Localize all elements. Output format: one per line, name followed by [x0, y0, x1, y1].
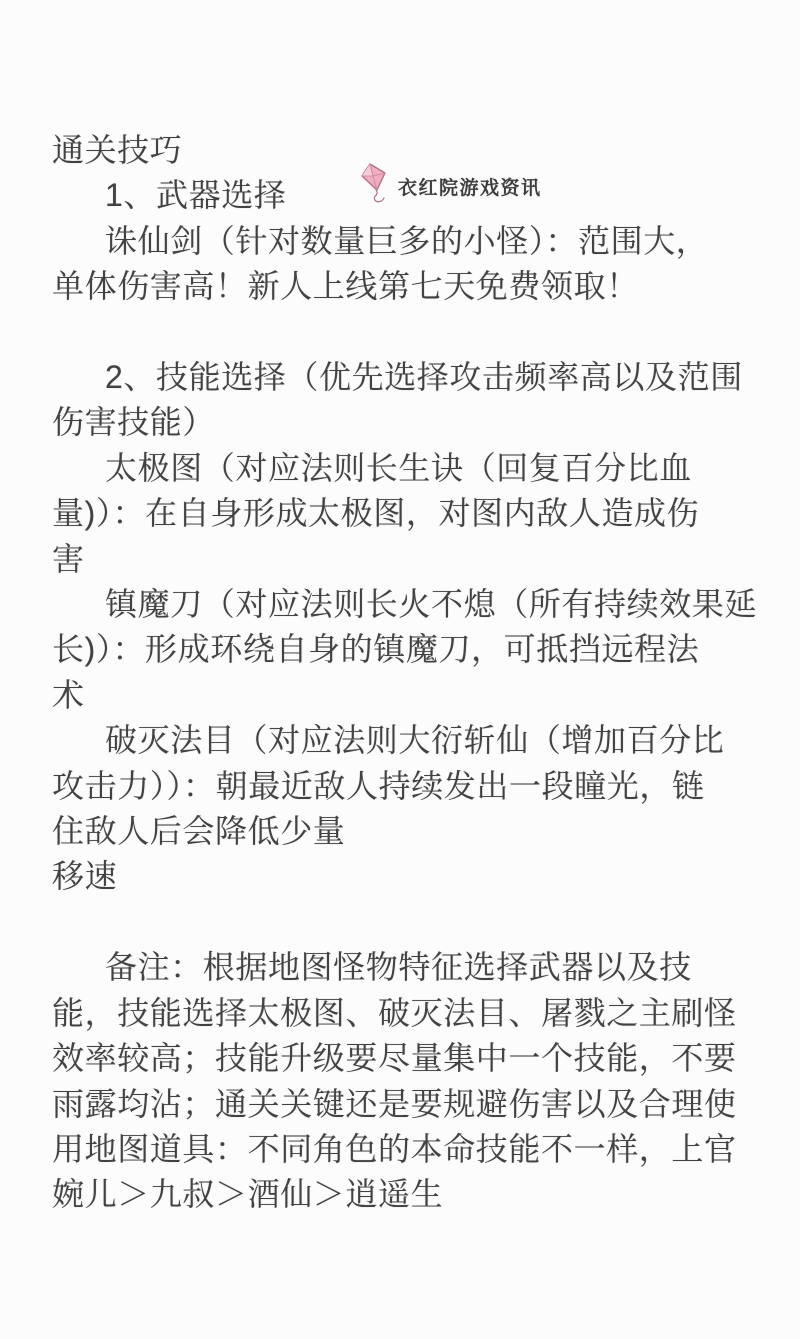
- text-line: 长)）：形成环绕自身的镇魔刀，可抵挡远程法: [52, 627, 768, 672]
- text-line: 破灭法目（对应法则大衍斩仙（增加百分比: [52, 718, 768, 763]
- text-line: [52, 310, 768, 355]
- text-line: 备注：根据地图怪物特征选择武器以及技: [52, 945, 768, 990]
- text-line: 镇魔刀（对应法则长火不熄（所有持续效果延: [52, 582, 768, 627]
- text-line: 2、技能选择（优先选择攻击频率高以及范围: [52, 355, 768, 400]
- text-line: 婉儿＞九叔＞酒仙＞逍遥生: [52, 1172, 768, 1217]
- text-line: 太极图（对应法则长生诀（回复百分比血: [52, 446, 768, 491]
- text-line: 害: [52, 537, 768, 582]
- text-line: 单体伤害高！新人上线第七天免费领取！: [52, 264, 768, 309]
- text-line: 雨露均沾；通关关键还是要规避伤害以及合理使: [52, 1082, 768, 1127]
- text-line: 量)）：在自身形成太极图，对图内敌人造成伤: [52, 491, 768, 536]
- text-line: 伤害技能）: [52, 400, 768, 445]
- text-line: 用地图道具：不同角色的本命技能不一样，上官: [52, 1127, 768, 1172]
- text-line: 能，技能选择太极图、破灭法目、屠戮之主刷怪: [52, 991, 768, 1036]
- text-line: 术: [52, 673, 768, 718]
- text-line: 效率较高；技能升级要尽量集中一个技能，不要: [52, 1036, 768, 1081]
- text-line: 移速: [52, 854, 768, 899]
- watermark-label: 衣红院游戏资讯: [398, 173, 542, 200]
- watermark: 衣红院游戏资讯: [361, 163, 542, 210]
- kite-icon: [361, 163, 388, 210]
- text-line: 住敌人后会降低少量: [52, 809, 768, 854]
- text-line: [52, 900, 768, 945]
- text-line: 攻击力））：朝最近敌人持续发出一段瞳光，链: [52, 764, 768, 809]
- article-text: 通关技巧1、武器选择诛仙剑（针对数量巨多的小怪）：范围大，单体伤害高！新人上线第…: [52, 128, 768, 1218]
- text-line: 诛仙剑（针对数量巨多的小怪）：范围大，: [52, 219, 768, 264]
